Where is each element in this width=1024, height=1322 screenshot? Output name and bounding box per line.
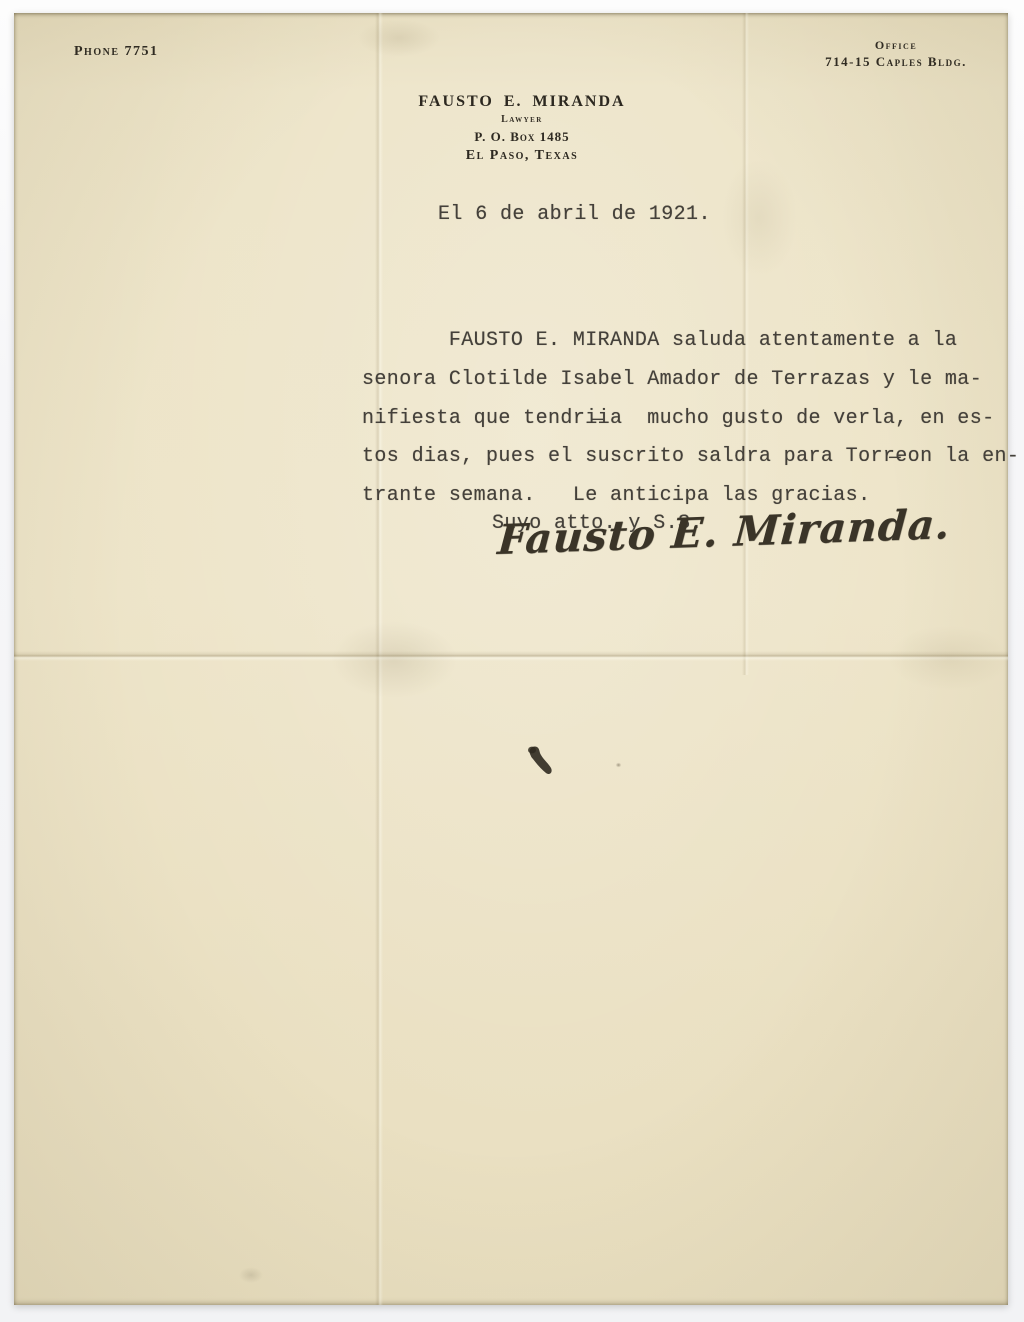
vertical-fold-crease-left (375, 13, 383, 1305)
paper-wrinkle (344, 13, 454, 63)
header-phone-number: Phone 7751 (74, 44, 159, 60)
body-line: nifiesta que tendri̶ia mucho gusto de ve… (362, 400, 1019, 439)
letterhead-city: El Paso, Texas (36, 148, 1008, 164)
letter-body: FAUSTO E. MIRANDA saluda atentamente a l… (362, 322, 1019, 516)
header-office-address: 714-15 Caples Bldg. (806, 54, 986, 70)
header-office-block: Office 714-15 Caples Bldg. (806, 38, 986, 70)
letterhead-title: Lawyer (36, 114, 1008, 125)
body-line: FAUSTO E. MIRANDA saluda atentamente a l… (362, 322, 1019, 361)
letter-paper: Phone 7751 Office 714-15 Caples Bldg. FA… (14, 13, 1008, 1305)
letterhead: FAUSTO E. MIRANDA Lawyer P. O. Box 1485 … (14, 93, 1008, 164)
horizontal-fold-crease (14, 651, 1008, 661)
letterhead-name: FAUSTO E. MIRANDA (36, 93, 1008, 111)
faint-smudge (236, 1265, 266, 1285)
body-line: tos dias, pues el suscrito saldra para T… (362, 438, 1019, 477)
scan-background: Phone 7751 Office 714-15 Caples Bldg. FA… (0, 0, 1024, 1322)
paper-wrinkle (864, 613, 1024, 703)
letterhead-po-box: P. O. Box 1485 (36, 129, 1008, 145)
header-office-label: Office (806, 38, 986, 53)
date-line: El 6 de abril de 1921. (438, 203, 711, 226)
body-line: senora Clotilde Isabel Amador de Terraza… (362, 361, 1019, 400)
paper-wrinkle (304, 605, 484, 715)
ink-speck (615, 762, 622, 768)
ink-smudge (523, 743, 563, 779)
